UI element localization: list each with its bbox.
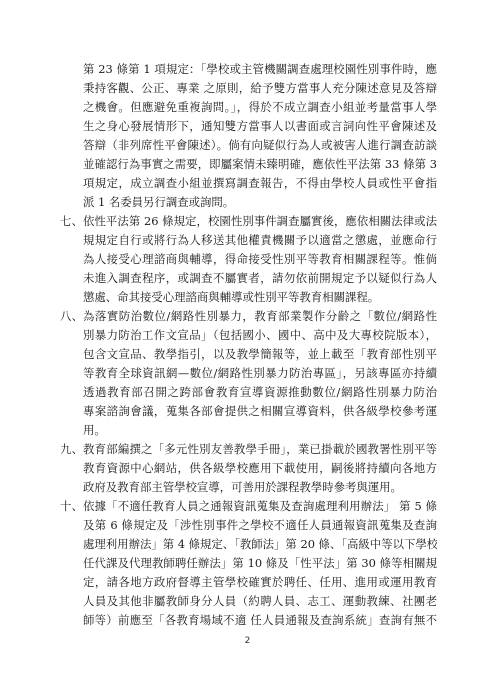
text-line: 為人接受心理諮商與輔導，得命接受性別平等教育相關課程等。惟倘 (60, 250, 437, 269)
page-number: 2 (0, 636, 495, 646)
list-item-text: 教育部編撰之「多元性別友善教學手冊」，業已掛載於國教署性別平等 (83, 440, 437, 459)
text-line: 八、 為落實防治數位/網路性別暴力，教育部業製作分齡之「數位/網路性 (60, 307, 437, 326)
text-line: 包含文宣品、教學指引，以及教學簡報等，並上載至「教育部性別平 (60, 345, 437, 364)
text-line: 定，請各地方政府督導主管學校確實於聘任、任用、進用或運用教育 (60, 573, 437, 592)
list-marker: 七、 (60, 212, 83, 231)
list-marker: 八、 (60, 307, 83, 326)
text-line: 用。 (60, 421, 437, 440)
list-marker: 九、 (60, 440, 83, 459)
document-body: 第 23 條第 1 項規定：「學校或主管機關調查處理校園性別事件時，應 秉持客觀… (60, 60, 437, 630)
text-line: 政府及教育部主管學校宣導，可善用於課程教學時參考與運用。 (60, 478, 437, 497)
list-item-9: 九、 教育部編撰之「多元性別友善教學手冊」，業已掛載於國教署性別平等 教育資源中… (60, 440, 437, 497)
text-line: 項規定，成立調查小組並撰寫調查報告，不得由學校人員或性平會指 (60, 174, 437, 193)
list-item-10: 十、 依據「不適任教育人員之通報資訊蒐集及查詢處理利用辦法」 第 5 條 及第 … (60, 497, 437, 630)
text-line: 教育資源中心網站，供各級學校應用下載使用，嗣後將持續向各地方 (60, 459, 437, 478)
text-line: 及第 6 條規定及「涉性別事件之學校不適任人員通報資訊蒐集及查詢 (60, 516, 437, 535)
list-item-text: 依據「不適任教育人員之通報資訊蒐集及查詢處理利用辦法」 第 5 條 (83, 497, 437, 516)
text-line: 人員及其他非屬教師身分人員（約聘人員、志工、運動教練、社團老 (60, 592, 437, 611)
list-item-8: 八、 為落實防治數位/網路性別暴力，教育部業製作分齡之「數位/網路性 別暴力防治… (60, 307, 437, 440)
text-line: 等教育全球資訊網—數位/網路性別暴力防治專區」，另該專區亦持續 (60, 364, 437, 383)
text-line: 處理利用辦法」第 4 條規定、「教師法」第 20 條、「高級中等以下學校 (60, 535, 437, 554)
text-line: 專案諮詢會議，蒐集各部會提供之相關宣導資料，供各級學校參考運 (60, 402, 437, 421)
text-line: 規規定自行或將行為人移送其他權責機關予以適當之懲處，並應命行 (60, 231, 437, 250)
text-line: 第 23 條第 1 項規定：「學校或主管機關調查處理校園性別事件時，應 (60, 60, 437, 79)
text-line: 懲處、命其接受心理諮商與輔導或性別平等教育相關課程。 (60, 288, 437, 307)
text-line: 未進入調查程序，或調查不屬實者，請勿依前開規定予以疑似行為人 (60, 269, 437, 288)
text-line: 生之身心發展情形下，通知雙方當事人以書面或言詞向性平會陳述及 (60, 117, 437, 136)
text-line: 十、 依據「不適任教育人員之通報資訊蒐集及查詢處理利用辦法」 第 5 條 (60, 497, 437, 516)
document-page: 第 23 條第 1 項規定：「學校或主管機關調查處理校園性別事件時，應 秉持客觀… (0, 0, 495, 700)
text-line: 之機會。但應避免重複詢問。」，得於不成立調查小組並考量當事人學 (60, 98, 437, 117)
text-line: 任代課及代理教師聘任辦法」第 10 條及「性平法」第 30 條等相關規 (60, 554, 437, 573)
text-line: 秉持客觀、公正、專業 之原則，給予雙方當事人充分陳述意見及答辯 (60, 79, 437, 98)
text-line: 七、 依性平法第 26 條規定，校園性別事件調查屬實後，應依相關法律或法 (60, 212, 437, 231)
list-marker: 十、 (60, 497, 83, 516)
list-item-7: 七、 依性平法第 26 條規定，校園性別事件調查屬實後，應依相關法律或法 規規定… (60, 212, 437, 307)
text-line: 別暴力防治工作文宣品」（包括國小、國中、高中及大專校院版本）， (60, 326, 437, 345)
text-line: 師等）前應至「各教育場域不適 任人員通報及查詢系統」查詢有無不 (60, 611, 437, 630)
text-line: 答辯（非列席性平會陳述）。倘有向疑似行為人或被害人進行調查訪談 (60, 136, 437, 155)
list-item-text: 為落實防治數位/網路性別暴力，教育部業製作分齡之「數位/網路性 (83, 307, 437, 326)
text-line: 透過教育部召開之跨部會教育宣導資源推動數位/網路性別暴力防治 (60, 383, 437, 402)
text-line: 九、 教育部編撰之「多元性別友善教學手冊」，業已掛載於國教署性別平等 (60, 440, 437, 459)
text-line: 並確認行為事實之需要，即屬案情未臻明確，應依性平法第 33 條第 3 (60, 155, 437, 174)
text-line: 派 1 名委員另行調查或詢問。 (60, 193, 437, 212)
list-item-text: 依性平法第 26 條規定，校園性別事件調查屬實後，應依相關法律或法 (83, 212, 437, 231)
